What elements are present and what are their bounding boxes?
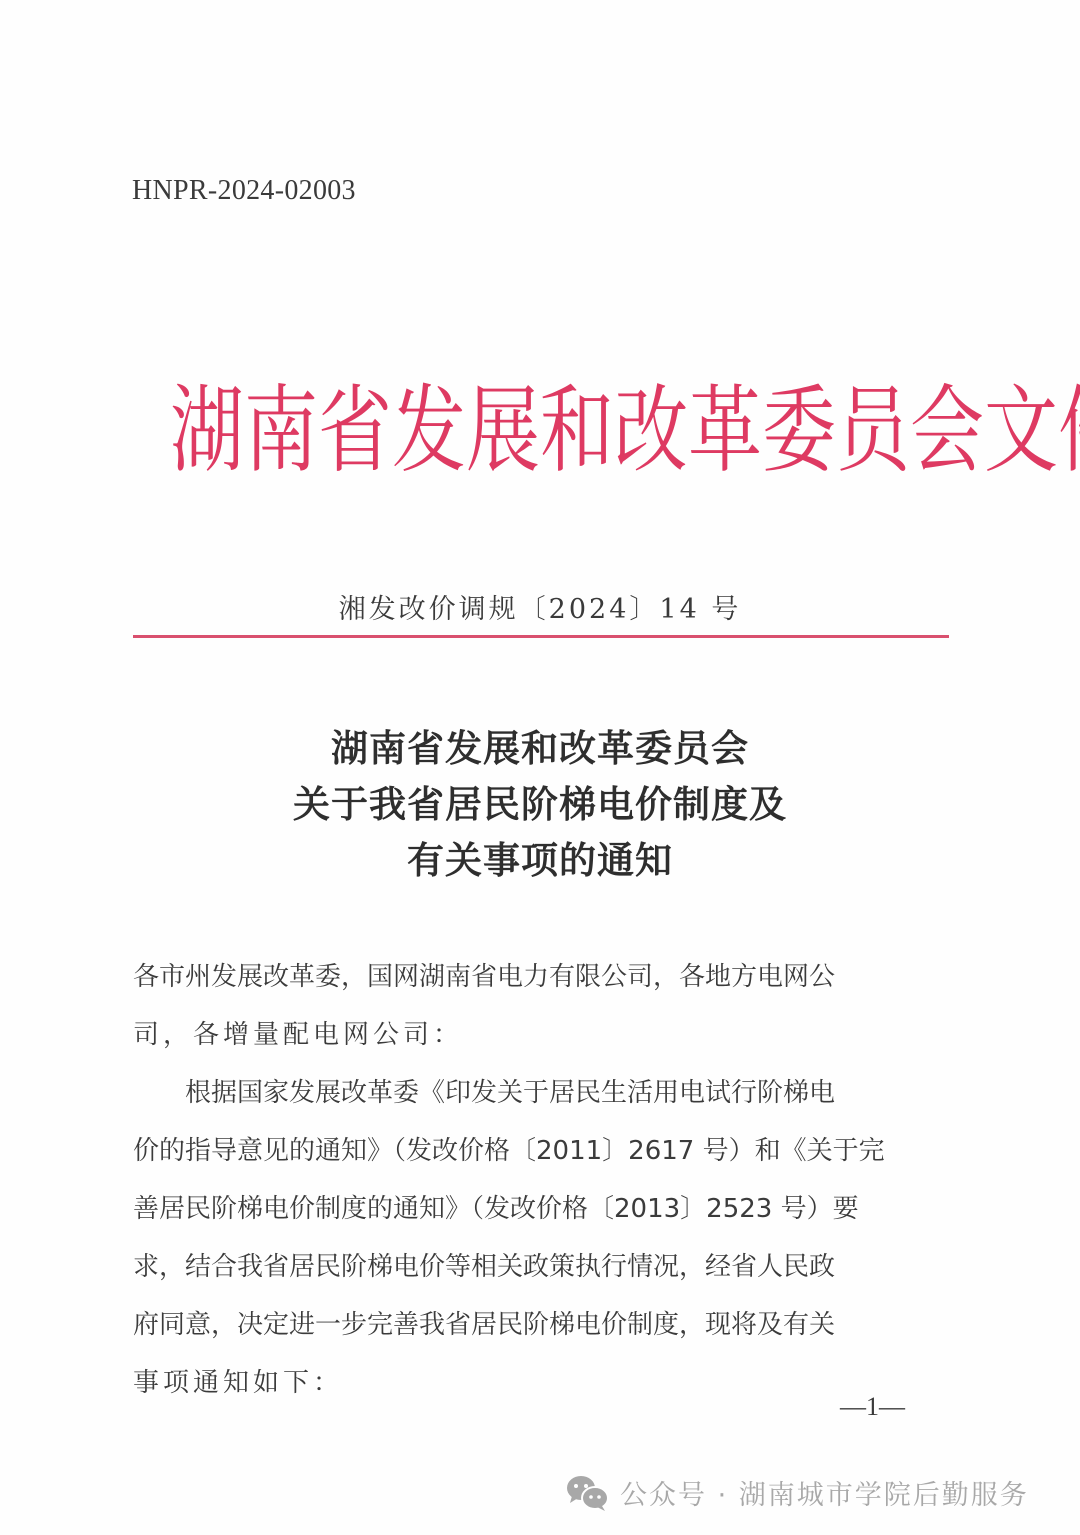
salutation-line: 司，各增量配电网公司： bbox=[133, 1006, 953, 1064]
wechat-watermark: 公众号 · 湖南城市学院后勤服务 bbox=[566, 1473, 1029, 1512]
title-line: 有关事项的通知 bbox=[0, 832, 1080, 888]
header-char: 和 bbox=[540, 384, 614, 479]
header-char: 件 bbox=[1058, 384, 1080, 479]
paragraph-line: 价的指导意见的通知》（发改价格〔2011〕2617 号）和《关于完 bbox=[133, 1122, 953, 1180]
header-char: 委 bbox=[762, 384, 836, 479]
salutation-line: 各市州发展改革委，国网湖南省电力有限公司，各地方电网公 bbox=[133, 948, 953, 1006]
header-char: 员 bbox=[836, 384, 910, 479]
issuer-red-header: 湖 南 省 发 展 和 改 革 委 员 会 文 件 bbox=[170, 361, 915, 502]
header-char: 革 bbox=[688, 384, 762, 479]
paragraph-line: 事项通知如下： bbox=[133, 1354, 953, 1412]
header-char: 南 bbox=[244, 384, 318, 479]
notice-title: 湖南省发展和改革委员会 关于我省居民阶梯电价制度及 有关事项的通知 bbox=[0, 720, 1080, 888]
wechat-icon bbox=[566, 1474, 610, 1512]
document-code: HNPR-2024-02003 bbox=[132, 175, 356, 207]
document-page: HNPR-2024-02003 湖 南 省 发 展 和 改 革 委 员 会 文 … bbox=[0, 0, 1080, 1535]
paragraph-line: 善居民阶梯电价制度的通知》（发改价格〔2013〕2523 号）要 bbox=[133, 1180, 953, 1238]
header-char: 会 bbox=[910, 384, 984, 479]
document-body: 各市州发展改革委，国网湖南省电力有限公司，各地方电网公 司，各增量配电网公司： … bbox=[133, 948, 953, 1412]
header-char: 改 bbox=[614, 384, 688, 479]
paragraph-line: 求，结合我省居民阶梯电价等相关政策执行情况，经省人民政 bbox=[133, 1238, 953, 1296]
watermark-text: 公众号 · 湖南城市学院后勤服务 bbox=[620, 1473, 1029, 1512]
title-line: 关于我省居民阶梯电价制度及 bbox=[0, 776, 1080, 832]
page-number: —1— bbox=[840, 1392, 905, 1422]
paragraph-line: 府同意，决定进一步完善我省居民阶梯电价制度，现将及有关 bbox=[133, 1296, 953, 1354]
header-char: 湖 bbox=[170, 384, 244, 479]
red-divider bbox=[133, 635, 949, 638]
header-char: 省 bbox=[318, 384, 392, 479]
header-char: 文 bbox=[984, 384, 1058, 479]
title-line: 湖南省发展和改革委员会 bbox=[0, 720, 1080, 776]
header-char: 发 bbox=[392, 384, 466, 479]
paragraph-line: 根据国家发展改革委《印发关于居民生活用电试行阶梯电 bbox=[133, 1064, 953, 1122]
header-char: 展 bbox=[466, 384, 540, 479]
file-number: 湘发改价调规〔2024〕14 号 bbox=[0, 587, 1080, 626]
